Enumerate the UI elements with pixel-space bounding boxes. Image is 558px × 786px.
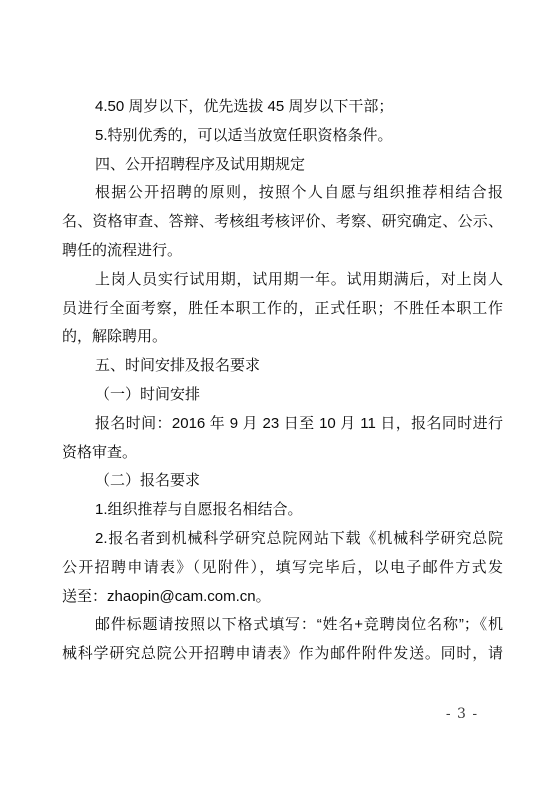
text-line: 1.组织推荐与自愿报名相结合。 bbox=[62, 496, 503, 525]
text-line: 报名时间：2016 年 9 月 23 日至 10 月 11 日，报名同时进行 bbox=[62, 410, 503, 439]
text-line: 根据公开招聘的原则，按照个人自愿与组织推荐相结合报 bbox=[62, 179, 503, 208]
text-line: （二）报名要求 bbox=[62, 467, 503, 496]
text-line: 送至：zhaopin@cam.com.cn。 bbox=[62, 583, 503, 612]
text-line: 邮件标题请按照以下格式填写：“姓名+竞聘岗位名称”；《机 bbox=[62, 611, 503, 640]
text-line: 5.特别优秀的，可以适当放宽任职资格条件。 bbox=[62, 122, 503, 151]
document-page: 4.50 周岁以下，优先选拔 45 周岁以下干部；5.特别优秀的，可以适当放宽任… bbox=[0, 0, 558, 786]
text-line: 公开招聘申请表》（见附件），填写完毕后，以电子邮件方式发 bbox=[62, 554, 503, 583]
text-line: 的，解除聘用。 bbox=[62, 323, 503, 352]
text-line: （一）时间安排 bbox=[62, 381, 503, 410]
text-line: 聘任的流程进行。 bbox=[62, 237, 503, 266]
text-line: 上岗人员实行试用期，试用期一年。试用期满后，对上岗人 bbox=[62, 266, 503, 295]
text-line: 械科学研究总院公开招聘申请表》作为邮件附件发送。同时，请 bbox=[62, 640, 503, 669]
page-number: - 3 - bbox=[438, 705, 486, 723]
text-line: 2.报名者到机械科学研究总院网站下载《机械科学研究总院 bbox=[62, 525, 503, 554]
text-line: 4.50 周岁以下，优先选拔 45 周岁以下干部； bbox=[62, 93, 503, 122]
text-line: 五、时间安排及报名要求 bbox=[62, 352, 503, 381]
text-line: 资格审查。 bbox=[62, 439, 503, 468]
text-line: 员进行全面考察，胜任本职工作的，正式任职；不胜任本职工作 bbox=[62, 295, 503, 324]
document-body: 4.50 周岁以下，优先选拔 45 周岁以下干部；5.特别优秀的，可以适当放宽任… bbox=[62, 93, 503, 669]
text-line: 名、资格审查、答辩、考核组考核评价、考察、研究确定、公示、 bbox=[62, 208, 503, 237]
text-line: 四、公开招聘程序及试用期规定 bbox=[62, 151, 503, 180]
